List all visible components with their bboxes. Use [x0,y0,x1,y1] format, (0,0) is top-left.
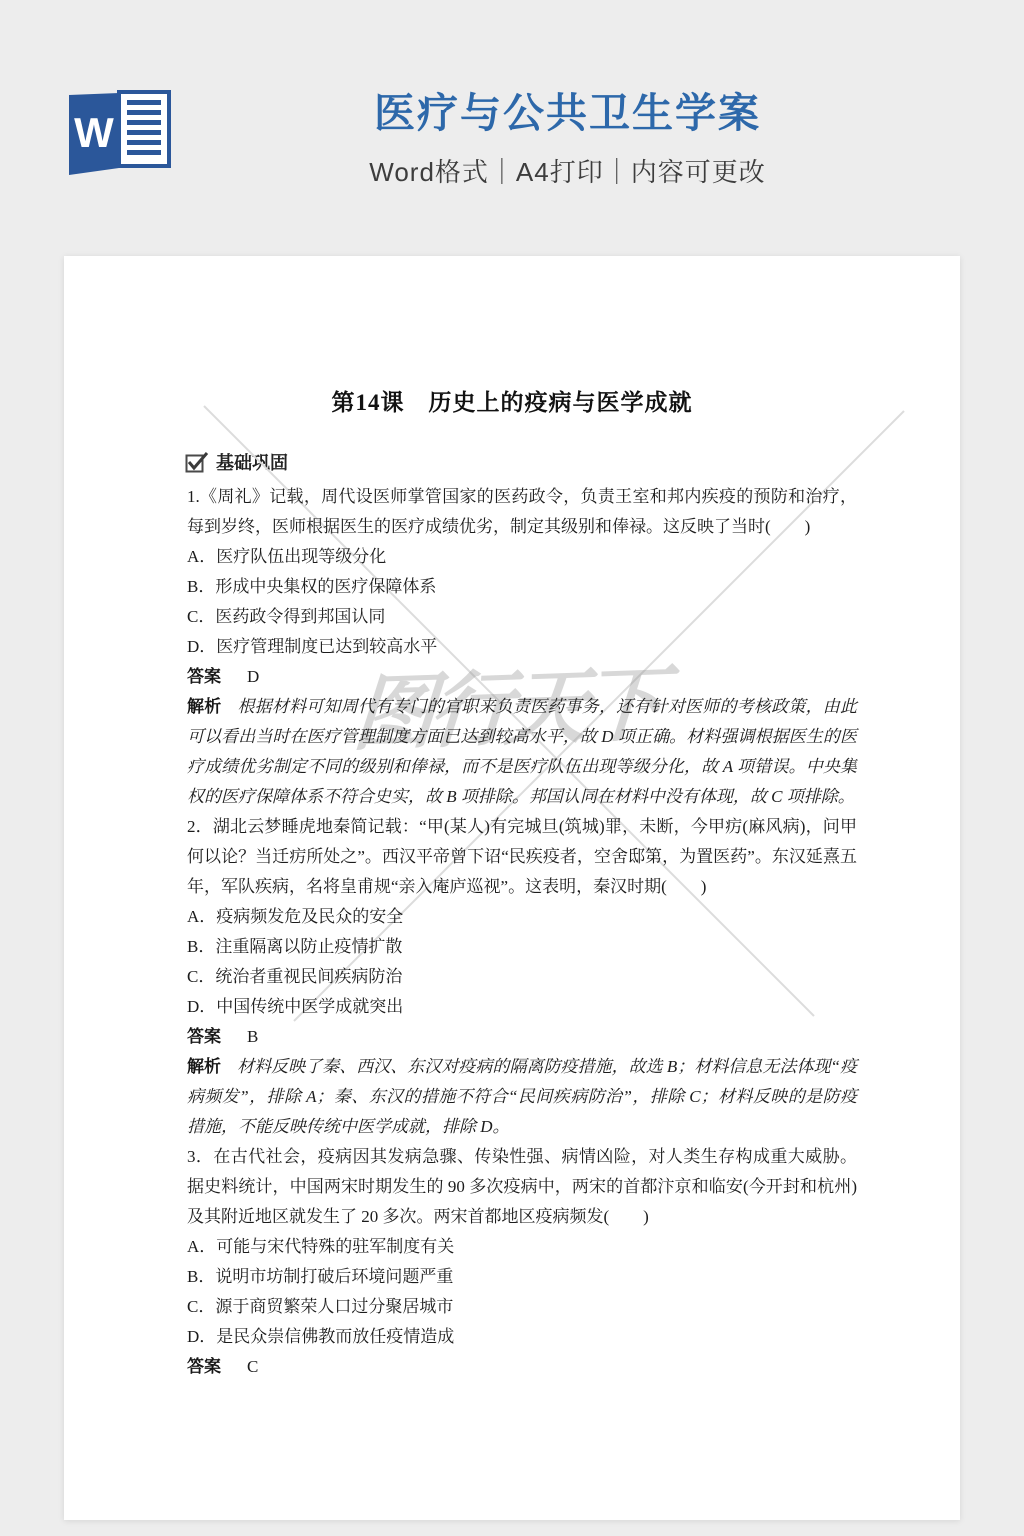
header-title: 医疗与公共卫生学案 [175,86,960,140]
question-stem: 2．湖北云梦睡虎地秦简记载：“甲(某人)有完城旦(筑城)罪，未断，今甲疠(麻风病… [187,812,857,902]
question-3: 3．在古代社会，疫病因其发病急骤、传染性强、病情凶险，对人类生存构成重大威胁。据… [187,1142,857,1382]
question-stem: 3．在古代社会，疫病因其发病急骤、传染性强、病情凶险，对人类生存构成重大威胁。据… [187,1142,857,1232]
answer-value: B [247,1027,258,1046]
option-d: D．是民众崇信佛教而放任疫情造成 [187,1322,857,1352]
option-d: D．中国传统中医学成就突出 [187,992,857,1022]
worksheet-preview: W 医疗与公共卫生学案 Word格式｜A4打印｜内容可更改 图行天下 第14课 … [0,0,1024,1536]
option-d: D．医疗管理制度已达到较高水平 [187,632,857,662]
option-a: A．医疗队伍出现等级分化 [187,542,857,572]
answer-label: 答案 [187,1357,221,1376]
section-header: 基础巩固 [185,450,960,474]
option-c: C．医药政令得到邦国认同 [187,602,857,632]
option-b: B．注重隔离以防止疫情扩散 [187,932,857,962]
answer-line: 答案C [187,1352,857,1382]
option-b: B．形成中央集权的医疗保障体系 [187,572,857,602]
answer-line: 答案D [187,662,857,692]
answer-label: 答案 [187,1027,221,1046]
answer-value: D [247,667,259,686]
option-c: C．源于商贸繁荣人口过分聚居城市 [187,1292,857,1322]
question-stem: 1.《周礼》记载，周代设医师掌管国家的医药政令，负责王室和邦内疾疫的预防和治疗，… [187,482,857,542]
option-a: A．可能与宋代特殊的驻军制度有关 [187,1232,857,1262]
header: W 医疗与公共卫生学案 Word格式｜A4打印｜内容可更改 [0,0,1024,256]
option-b: B．说明市坊制打破后环境问题严重 [187,1262,857,1292]
header-subtitle: Word格式｜A4打印｜内容可更改 [175,152,960,189]
option-a: A．疫病频发危及民众的安全 [187,902,857,932]
question-2: 2．湖北云梦睡虎地秦简记载：“甲(某人)有完城旦(筑城)罪，未断，今甲疠(麻风病… [187,812,857,1142]
checkbox-checked-icon [185,451,209,473]
answer-label: 答案 [187,667,221,686]
word-w-letter: W [74,109,114,156]
analysis-label: 解析 [187,697,221,716]
document-page[interactable]: 图行天下 第14课 历史上的疫病与医学成就 基础巩固 1.《周礼》记载，周代设医… [64,256,960,1520]
questions-area: 1.《周礼》记载，周代设医师掌管国家的医药政令，负责王室和邦内疾疫的预防和治疗，… [187,482,857,1382]
answer-line: 答案B [187,1022,857,1052]
word-logo-icon: W [64,88,176,194]
doc-title: 第14课 历史上的疫病与医学成就 [64,386,960,420]
analysis-text: 根据材料可知周代有专门的官职来负责医药事务，还有针对医师的考核政策，由此可以看出… [187,697,857,806]
section-label: 基础巩固 [216,449,288,475]
analysis-text: 材料反映了秦、西汉、东汉对疫病的隔离防疫措施，故选 B；材料信息无法体现“疫病频… [187,1057,857,1136]
option-c: C．统治者重视民间疾病防治 [187,962,857,992]
question-1: 1.《周礼》记载，周代设医师掌管国家的医药政令，负责王室和邦内疾疫的预防和治疗，… [187,482,857,812]
analysis-line: 解析根据材料可知周代有专门的官职来负责医药事务，还有针对医师的考核政策，由此可以… [187,692,857,812]
analysis-label: 解析 [187,1057,221,1076]
answer-value: C [247,1357,258,1376]
analysis-line: 解析材料反映了秦、西汉、东汉对疫病的隔离防疫措施，故选 B；材料信息无法体现“疫… [187,1052,857,1142]
